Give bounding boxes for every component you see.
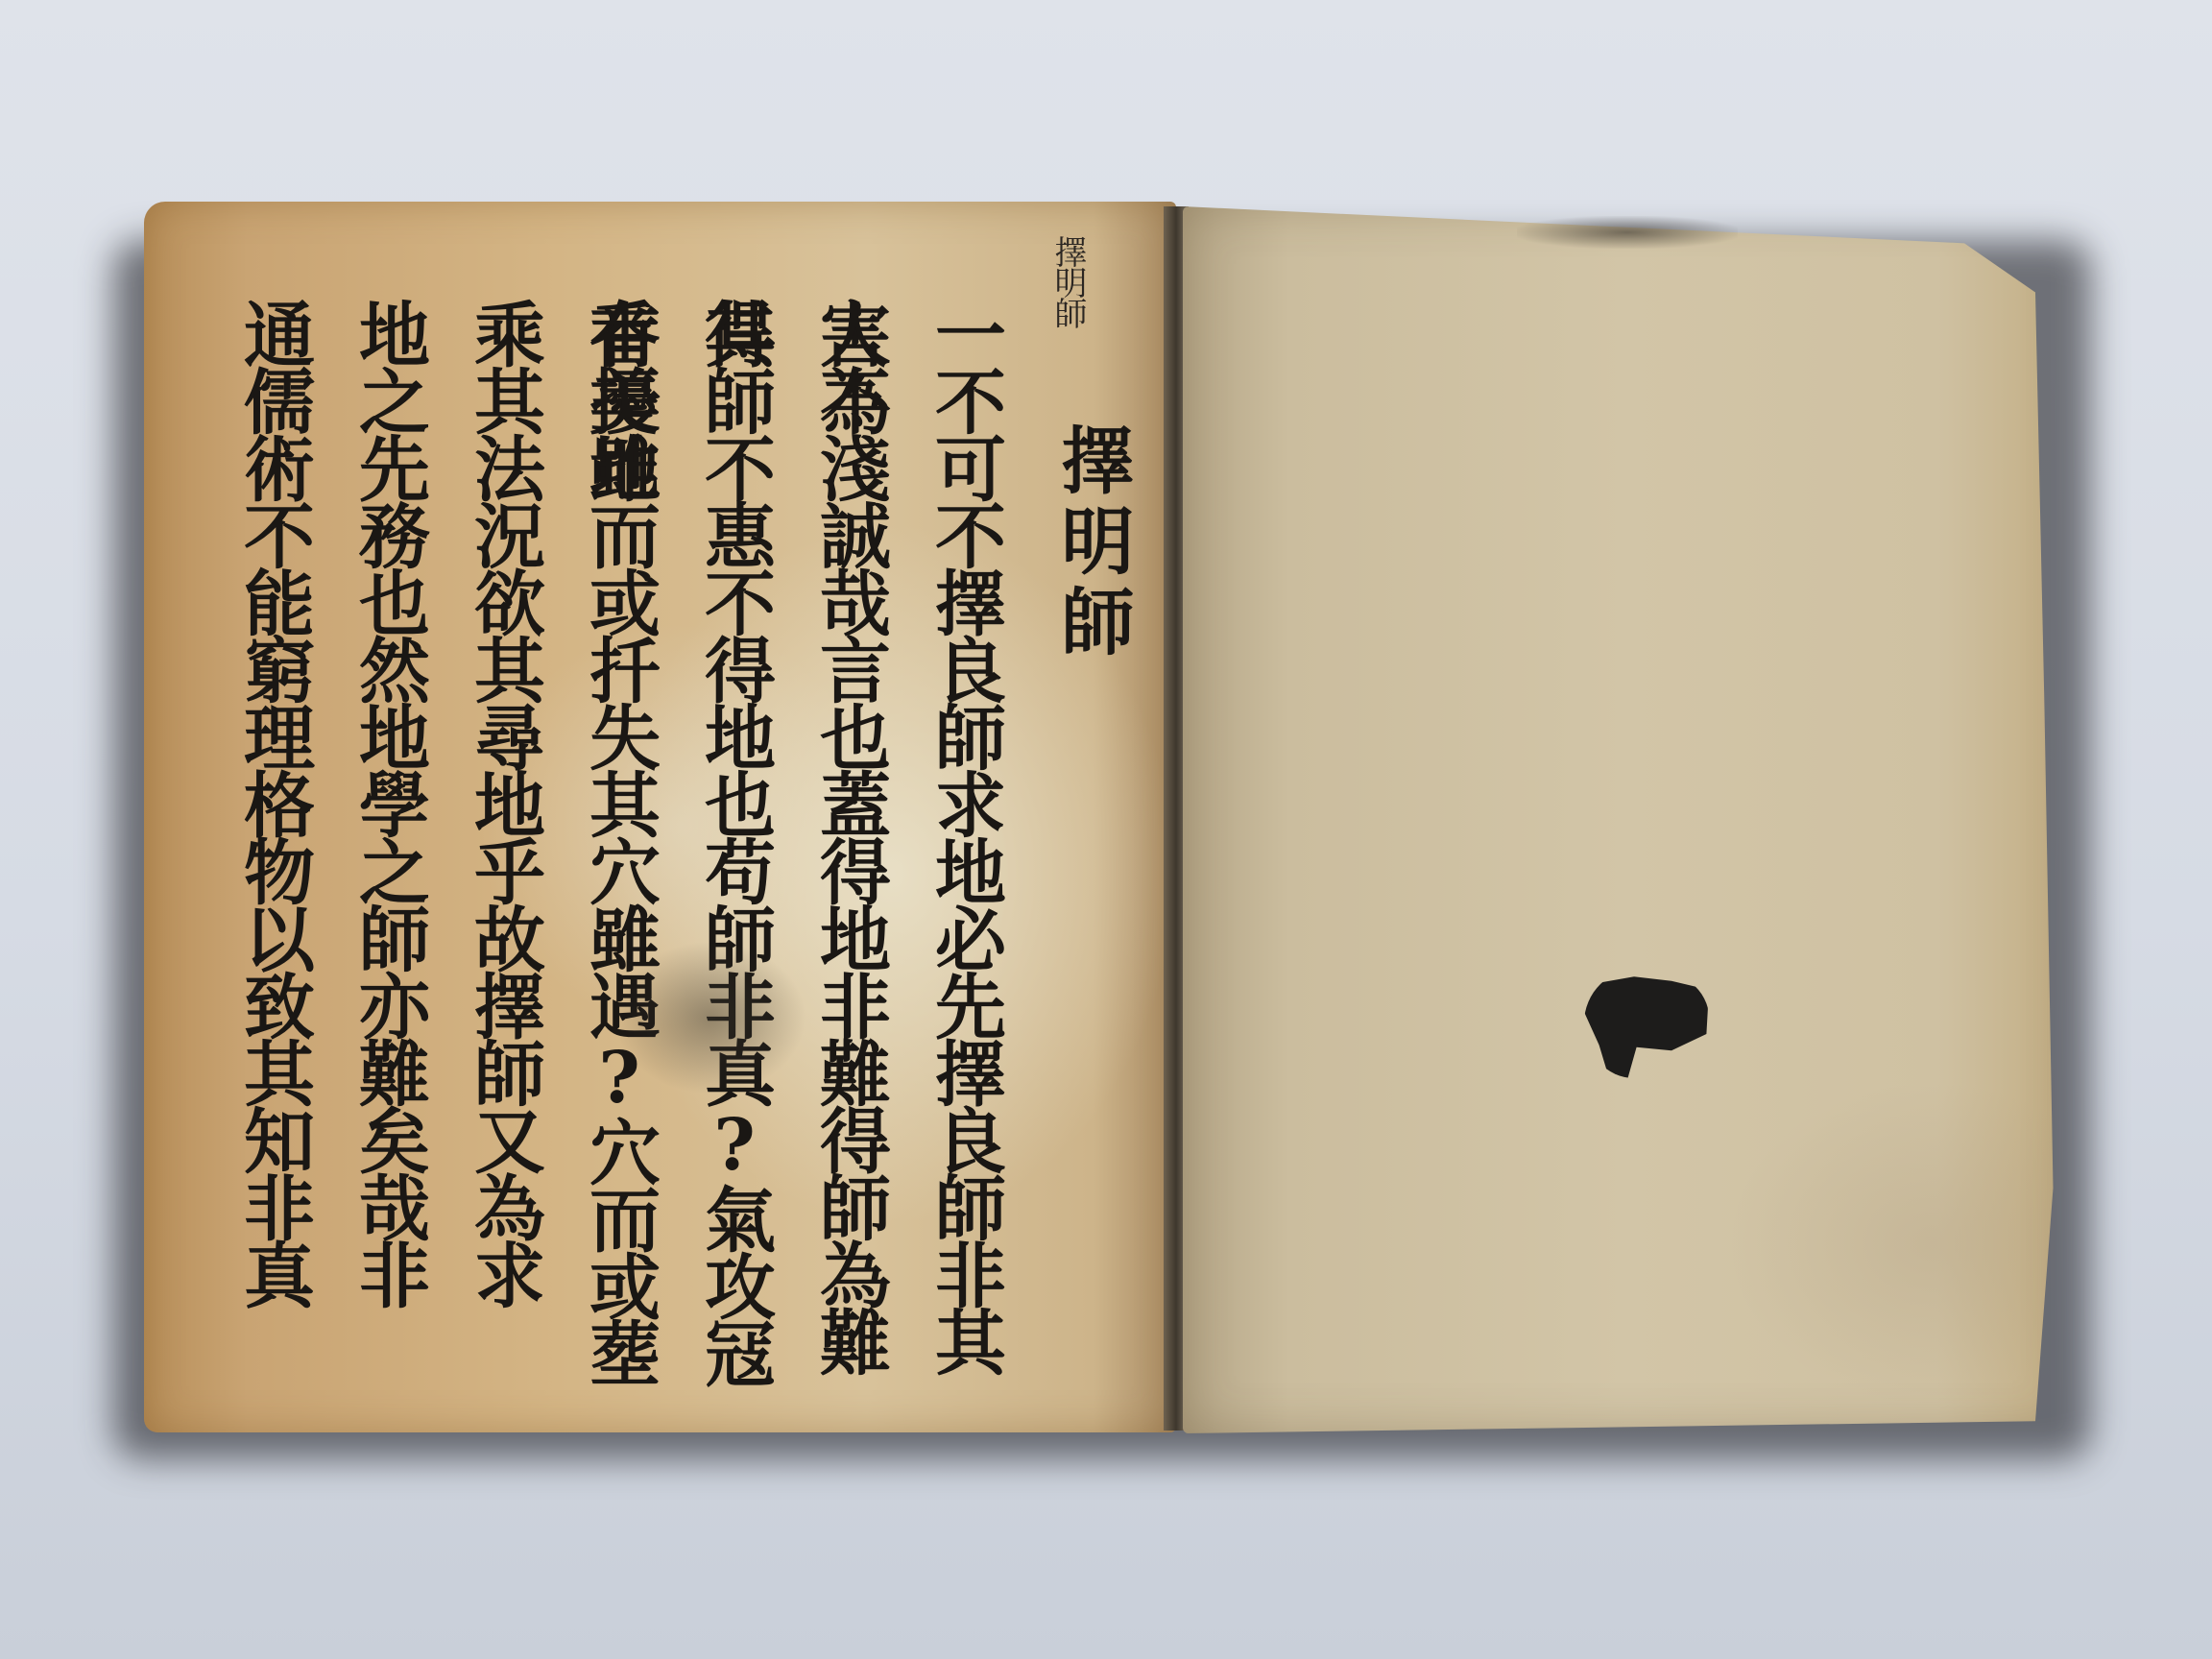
text-column-7: 通儒術不能窮理格物以致其知非真 <box>216 298 331 1402</box>
page-title: 擇明師 <box>1048 422 1135 664</box>
text-columns: 一不可不擇良師求地必先擇良師非其人為 害不淺誠哉言也蓋得地非難得師為難得 其師不… <box>216 298 1022 1402</box>
text-column-3: 其師不惠不得地也苟師非真?氣攻冦番擾雖 <box>677 298 792 1402</box>
text-column-6: 地之先務也然地學之師亦難矣哉非 <box>331 298 446 1402</box>
top-edge-stain <box>1517 216 1738 249</box>
right-page <box>1183 206 2071 1433</box>
text-column-1: 一不可不擇良師求地必先擇良師非其人為 <box>907 298 1022 1402</box>
text-column-2: 害不淺誠哉言也蓋得地非難得師為難得 <box>792 298 907 1402</box>
margin-annotation: 擇明師 <box>1048 235 1087 327</box>
ink-smudge <box>614 941 806 1094</box>
text-column-5: 乘其法況欲其尋地乎故擇師又為求 <box>446 298 562 1402</box>
